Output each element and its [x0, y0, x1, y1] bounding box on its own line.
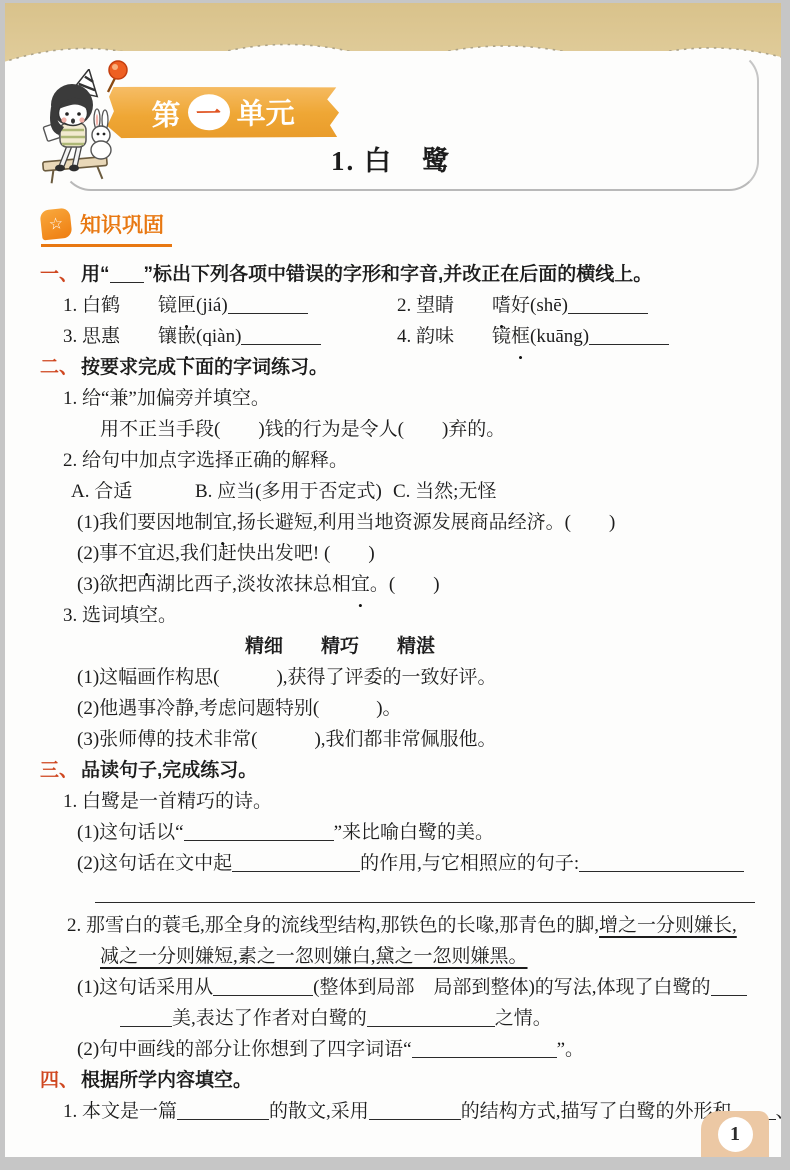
text-run: 2. 望睛 — [397, 295, 492, 316]
unit-number: 一 — [196, 94, 222, 130]
page-number-badge: 1 — [701, 1111, 769, 1157]
text-run: ”标出下列各项中错误的字形和字音,并改正在后面的横线上。 — [144, 264, 653, 285]
unit-number-circle: 一 — [187, 94, 230, 131]
text-run: A. 合适 — [71, 481, 132, 502]
text-run: 根据所学内容填空。 — [81, 1070, 252, 1091]
text-run: (jiá) — [196, 295, 228, 316]
blank-line — [120, 1006, 172, 1027]
emphasis-dot-char: 框 — [511, 321, 530, 352]
unit-banner-suffix: 单元 — [236, 90, 295, 132]
text-run: 4. 韵味 镜 — [397, 326, 511, 347]
text-run: (2)句中画线的部分让你想到了四字词语“ — [77, 1039, 412, 1060]
text-run: 。( ) — [370, 574, 440, 595]
exercise-column: 2. 望睛 嗜好(shē) — [397, 290, 746, 321]
text-run: 好(shē) — [511, 295, 568, 316]
blank-line — [568, 293, 648, 314]
exercise-line: 1. 白鹤 镜匣(jiá)2. 望睛 嗜好(shē) — [63, 290, 746, 321]
section-heading: 一、用“”标出下列各项中错误的字形和字音,并改正在后面的横线上。 — [40, 259, 746, 290]
exercise-line: 3. 思惠 镶嵌(qiàn)4. 韵味 镜框(kuāng) — [63, 321, 746, 352]
exercise-line: (1)这句话采用从(整体到局部 局部到整体)的写法,体现了白鹭的 — [77, 972, 746, 1003]
text-run: 迟,我们赶快出发吧! ( ) — [156, 543, 374, 564]
exercise-line: 1. 本文是一篇的散文,采用的结构方式,描写了白鹭的外形和、 — [63, 1096, 746, 1127]
blank-line — [110, 262, 144, 283]
text-run: 3. 选词填空。 — [63, 605, 177, 626]
text-run: (1)这幅画作构思( ),获得了评委的一致好评。 — [77, 667, 497, 688]
blank-line — [241, 324, 321, 345]
exercise-line: 用不正当手段( )钱的行为是令人( )弃的。 — [100, 414, 746, 445]
blank-line — [184, 820, 334, 841]
text-run: (2)事不 — [77, 543, 137, 564]
emphasis-dot-char: 匣 — [177, 290, 196, 321]
text-run: 3. 思惠 镶 — [63, 326, 177, 347]
exercise-line: (1)这幅画作构思( ),获得了评委的一致好评。 — [77, 662, 746, 693]
exercise-line: (2)这句话在文中起的作用,与它相照应的句子: — [77, 848, 746, 879]
text-run: ”来比喻白鹭的美。 — [334, 822, 494, 843]
section-title: 按要求完成下面的字词练习。 — [81, 357, 328, 378]
exercise-line: (2)事不宜迟,我们赶快出发吧! ( ) — [77, 538, 746, 569]
text-run: (1)这句话以“ — [77, 822, 184, 843]
exercise-line: A. 合适B. 应当(多用于否定式)C. 当然;无怪 — [71, 476, 746, 507]
text-run: 的散文,采用 — [269, 1101, 369, 1122]
exercise-column: 4. 韵味 镜框(kuāng) — [397, 321, 746, 352]
exercise-line: 1. 给“兼”加偏旁并填空。 — [63, 383, 746, 414]
exercise-line: 2. 给句中加点字选择正确的解释。 — [63, 445, 746, 476]
text-run: 的结构方式,描写了白鹭的外形和 — [461, 1101, 732, 1122]
text-run: 1. 白鹤 镜 — [63, 295, 177, 316]
section-marker: 二、 — [40, 357, 78, 378]
exercise-section: 四、根据所学内容填空。1. 本文是一篇的散文,采用的结构方式,描写了白鹭的外形和… — [40, 1065, 746, 1127]
text-run: C. 当然;无怪 — [393, 481, 496, 502]
text-run: 1. 给“兼”加偏旁并填空。 — [63, 388, 270, 409]
text-run: 1. 本文是一篇 — [63, 1101, 177, 1122]
blank-line — [228, 293, 308, 314]
exercise-line: (3)张师傅的技术非常( ),我们都非常佩服他。 — [77, 724, 746, 755]
text-run: 用不正当手段( )钱的行为是令人( )弃的。 — [100, 419, 505, 440]
text-run: 之情。 — [495, 1008, 552, 1029]
section-heading: 二、按要求完成下面的字词练习。 — [40, 352, 746, 383]
text-run: (2)这句话在文中起 — [77, 853, 232, 874]
blank-line — [369, 1099, 461, 1120]
section-heading: 三、品读句子,完成练习。 — [40, 755, 746, 786]
section-title: 品读句子,完成练习。 — [81, 760, 257, 781]
section-title: 用“”标出下列各项中错误的字形和字音,并改正在后面的横线上。 — [81, 264, 652, 285]
section-marker: 三、 — [40, 760, 78, 781]
exercise-line: 美,表达了作者对白鹭的之情。 — [120, 1003, 746, 1034]
knowledge-section-label: 知识巩固 — [80, 209, 164, 239]
blank-line — [579, 851, 744, 872]
emphasis-dot-char: 宜 — [351, 569, 370, 600]
blank-line — [177, 1099, 269, 1120]
text-run: (3)张师傅的技术非常( ),我们都非常佩服他。 — [77, 729, 497, 750]
text-run: (3)欲把西湖比西子,淡妆浓抹总相 — [77, 574, 351, 595]
emphasis-dot-char: 嗜 — [492, 290, 511, 321]
emphasis-dot-char: 嵌 — [177, 321, 196, 352]
knowledge-section-badge: ☆ 知识巩固 — [41, 209, 172, 247]
exercise-line: (1)这句话以“”来比喻白鹭的美。 — [77, 817, 746, 848]
exercise-line: 3. 选词填空。 — [63, 600, 746, 631]
blank-line — [95, 882, 755, 903]
exercise-column: B. 应当(多用于否定式) — [195, 476, 393, 507]
text-run: (kuāng) — [530, 326, 589, 347]
exercise-line: (2)句中画线的部分让你想到了四字词语“”。 — [77, 1034, 746, 1065]
text-run: 品读句子,完成练习。 — [81, 760, 257, 781]
exercise-column: C. 当然;无怪 — [393, 476, 746, 507]
girl-illustration — [17, 69, 137, 189]
unit-banner: 第 一 单元 — [107, 83, 340, 141]
exercise-sections: 一、用“”标出下列各项中错误的字形和字音,并改正在后面的横线上。1. 白鹤 镜匣… — [5, 253, 781, 1127]
blank-line — [367, 1006, 495, 1027]
page-number: 1 — [718, 1117, 753, 1152]
exercise-line — [95, 879, 746, 910]
text-run: 1. 白鹭是一首精巧的诗。 — [63, 791, 272, 812]
blank-line — [711, 975, 747, 996]
blank-line — [589, 324, 669, 345]
exercise-line: 精细 精巧 精湛 — [245, 631, 746, 662]
page-header: 1. 白 鹭 第 一 单元 — [5, 3, 781, 193]
text-run: (整体到局部 局部到整体)的写法,体现了白鹭的 — [313, 977, 710, 998]
exercise-line: (1)我们要因地制宜,扬长避短,利用当地资源发展商品经济。( ) — [77, 507, 746, 538]
exercise-section: 一、用“”标出下列各项中错误的字形和字音,并改正在后面的横线上。1. 白鹤 镜匣… — [40, 259, 746, 352]
section-marker: 一、 — [40, 264, 78, 285]
text-run: 按要求完成下面的字词练习。 — [81, 357, 328, 378]
text-run: 、 — [776, 1101, 781, 1122]
text-run: ”。 — [557, 1039, 584, 1060]
blank-line — [213, 975, 313, 996]
text-run: (qiàn) — [196, 326, 241, 347]
text-run: 的作用,与它相照应的句子: — [360, 853, 579, 874]
exercise-line: 1. 白鹭是一首精巧的诗。 — [63, 786, 746, 817]
text-run: (2)他遇事冷静,考虑问题特别( )。 — [77, 698, 402, 719]
exercise-line: 2. 那雪白的蓑毛,那全身的流线型结构,那铁色的长喙,那青色的脚,增之一分则嫌长… — [67, 910, 746, 972]
unit-banner-prefix: 第 — [151, 92, 181, 134]
text-run: 用“ — [81, 264, 110, 285]
text-run: 美,表达了作者对白鹭的 — [172, 1008, 367, 1029]
text-run: (1)这句话采用从 — [77, 977, 213, 998]
exercise-column: 3. 思惠 镶嵌(qiàn) — [63, 321, 397, 352]
lesson-title: 1. 白 鹭 — [331, 139, 451, 178]
text-run: 2. 那雪白的蓑毛,那全身的流线型结构,那铁色的长喙,那青色的脚, — [67, 915, 599, 936]
section-heading: 四、根据所学内容填空。 — [40, 1065, 746, 1096]
blank-line — [232, 851, 360, 872]
exercise-line: (3)欲把西湖比西子,淡妆浓抹总相宜。( ) — [77, 569, 746, 600]
emphasis-dot-char: 宜 — [137, 538, 156, 569]
exercise-column: 1. 白鹤 镜匣(jiá) — [63, 290, 397, 321]
exercise-column: A. 合适 — [71, 476, 195, 507]
blank-line — [412, 1037, 557, 1058]
exercise-section: 二、按要求完成下面的字词练习。1. 给“兼”加偏旁并填空。用不正当手段( )钱的… — [40, 352, 746, 755]
text-run: 精细 精巧 精湛 — [245, 636, 435, 657]
text-run: (1)我们要因地制 — [77, 512, 213, 533]
paper-sheet: 1. 白 鹭 第 一 单元 — [5, 3, 781, 1157]
section-marker: 四、 — [40, 1070, 78, 1091]
exercise-section: 三、品读句子,完成练习。1. 白鹭是一首精巧的诗。(1)这句话以“”来比喻白鹭的… — [40, 755, 746, 1065]
exercise-line: (2)他遇事冷静,考虑问题特别( )。 — [77, 693, 746, 724]
star-icon: ☆ — [40, 208, 73, 241]
emphasis-dot-char: 宜 — [213, 507, 232, 538]
section-title: 根据所学内容填空。 — [81, 1070, 252, 1091]
text-run: 2. 给句中加点字选择正确的解释。 — [63, 450, 348, 471]
text-run: B. 应当(多用于否定式) — [195, 481, 382, 502]
text-run: ,扬长避短,利用当地资源发展商品经济。( ) — [232, 512, 615, 533]
workbook-page: 1. 白 鹭 第 一 单元 — [0, 0, 790, 1170]
